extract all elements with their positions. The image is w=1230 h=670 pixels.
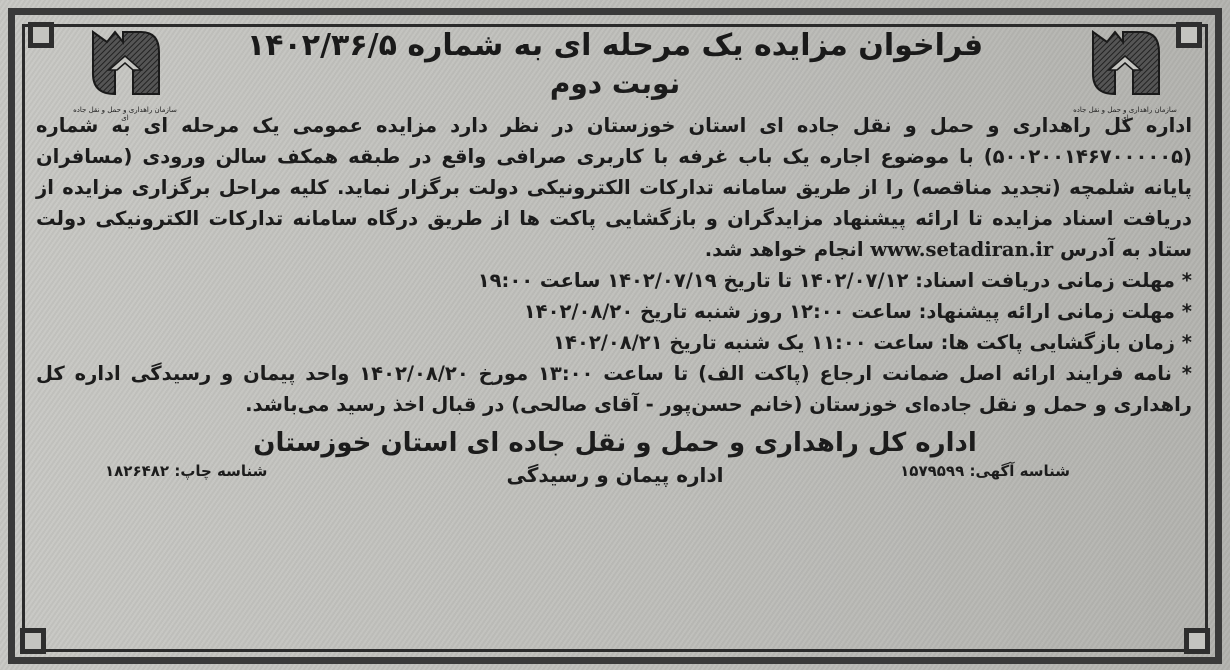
newspaper-clipping: سازمان راهداری و حمل و نقل جاده ای سازما…: [0, 0, 1230, 670]
setadiran-link[interactable]: www.setadiran.ir: [870, 238, 1053, 261]
body-text-part2: انجام خواهد شد.: [705, 238, 864, 261]
ad-id: شناسه آگهی: ۱۵۷۹۵۹۹: [900, 462, 1070, 480]
notice-body: اداره کل راهداری و حمل و نقل جاده ای است…: [30, 106, 1200, 265]
footer-unit: اداره پیمان و رسیدگی: [506, 463, 723, 487]
notice-subtitle: نوبت دوم: [30, 66, 1200, 102]
notice-title: فراخوان مزایده یک مرحله ای به شماره ۱۴۰۲…: [30, 26, 1200, 66]
print-id: شناسه چاپ: ۱۸۲۶۴۸۲: [105, 462, 267, 480]
notice-content: فراخوان مزایده یک مرحله ای به شماره ۱۴۰۲…: [30, 20, 1200, 650]
schedule-list: * مهلت زمانی دریافت اسناد: ۱۴۰۲/۰۷/۱۲ تا…: [30, 265, 1200, 420]
schedule-item-opening: * زمان بازگشایی پاکت ها: ساعت ۱۱:۰۰ یک ش…: [30, 327, 1192, 358]
footer-row: شناسه آگهی: ۱۵۷۹۵۹۹ اداره پیمان و رسیدگی…: [30, 460, 1200, 490]
schedule-item-proposal: * مهلت زمانی ارائه پیشنهاد: ساعت ۱۲:۰۰ ر…: [30, 296, 1192, 327]
schedule-item-guarantee: * نامه فرایند ارائه اصل ضمانت ارجاع (پاک…: [30, 358, 1192, 420]
schedule-item-documents: * مهلت زمانی دریافت اسناد: ۱۴۰۲/۰۷/۱۲ تا…: [30, 265, 1192, 296]
footer-organization: اداره کل راهداری و حمل و نقل جاده ای است…: [30, 426, 1200, 460]
